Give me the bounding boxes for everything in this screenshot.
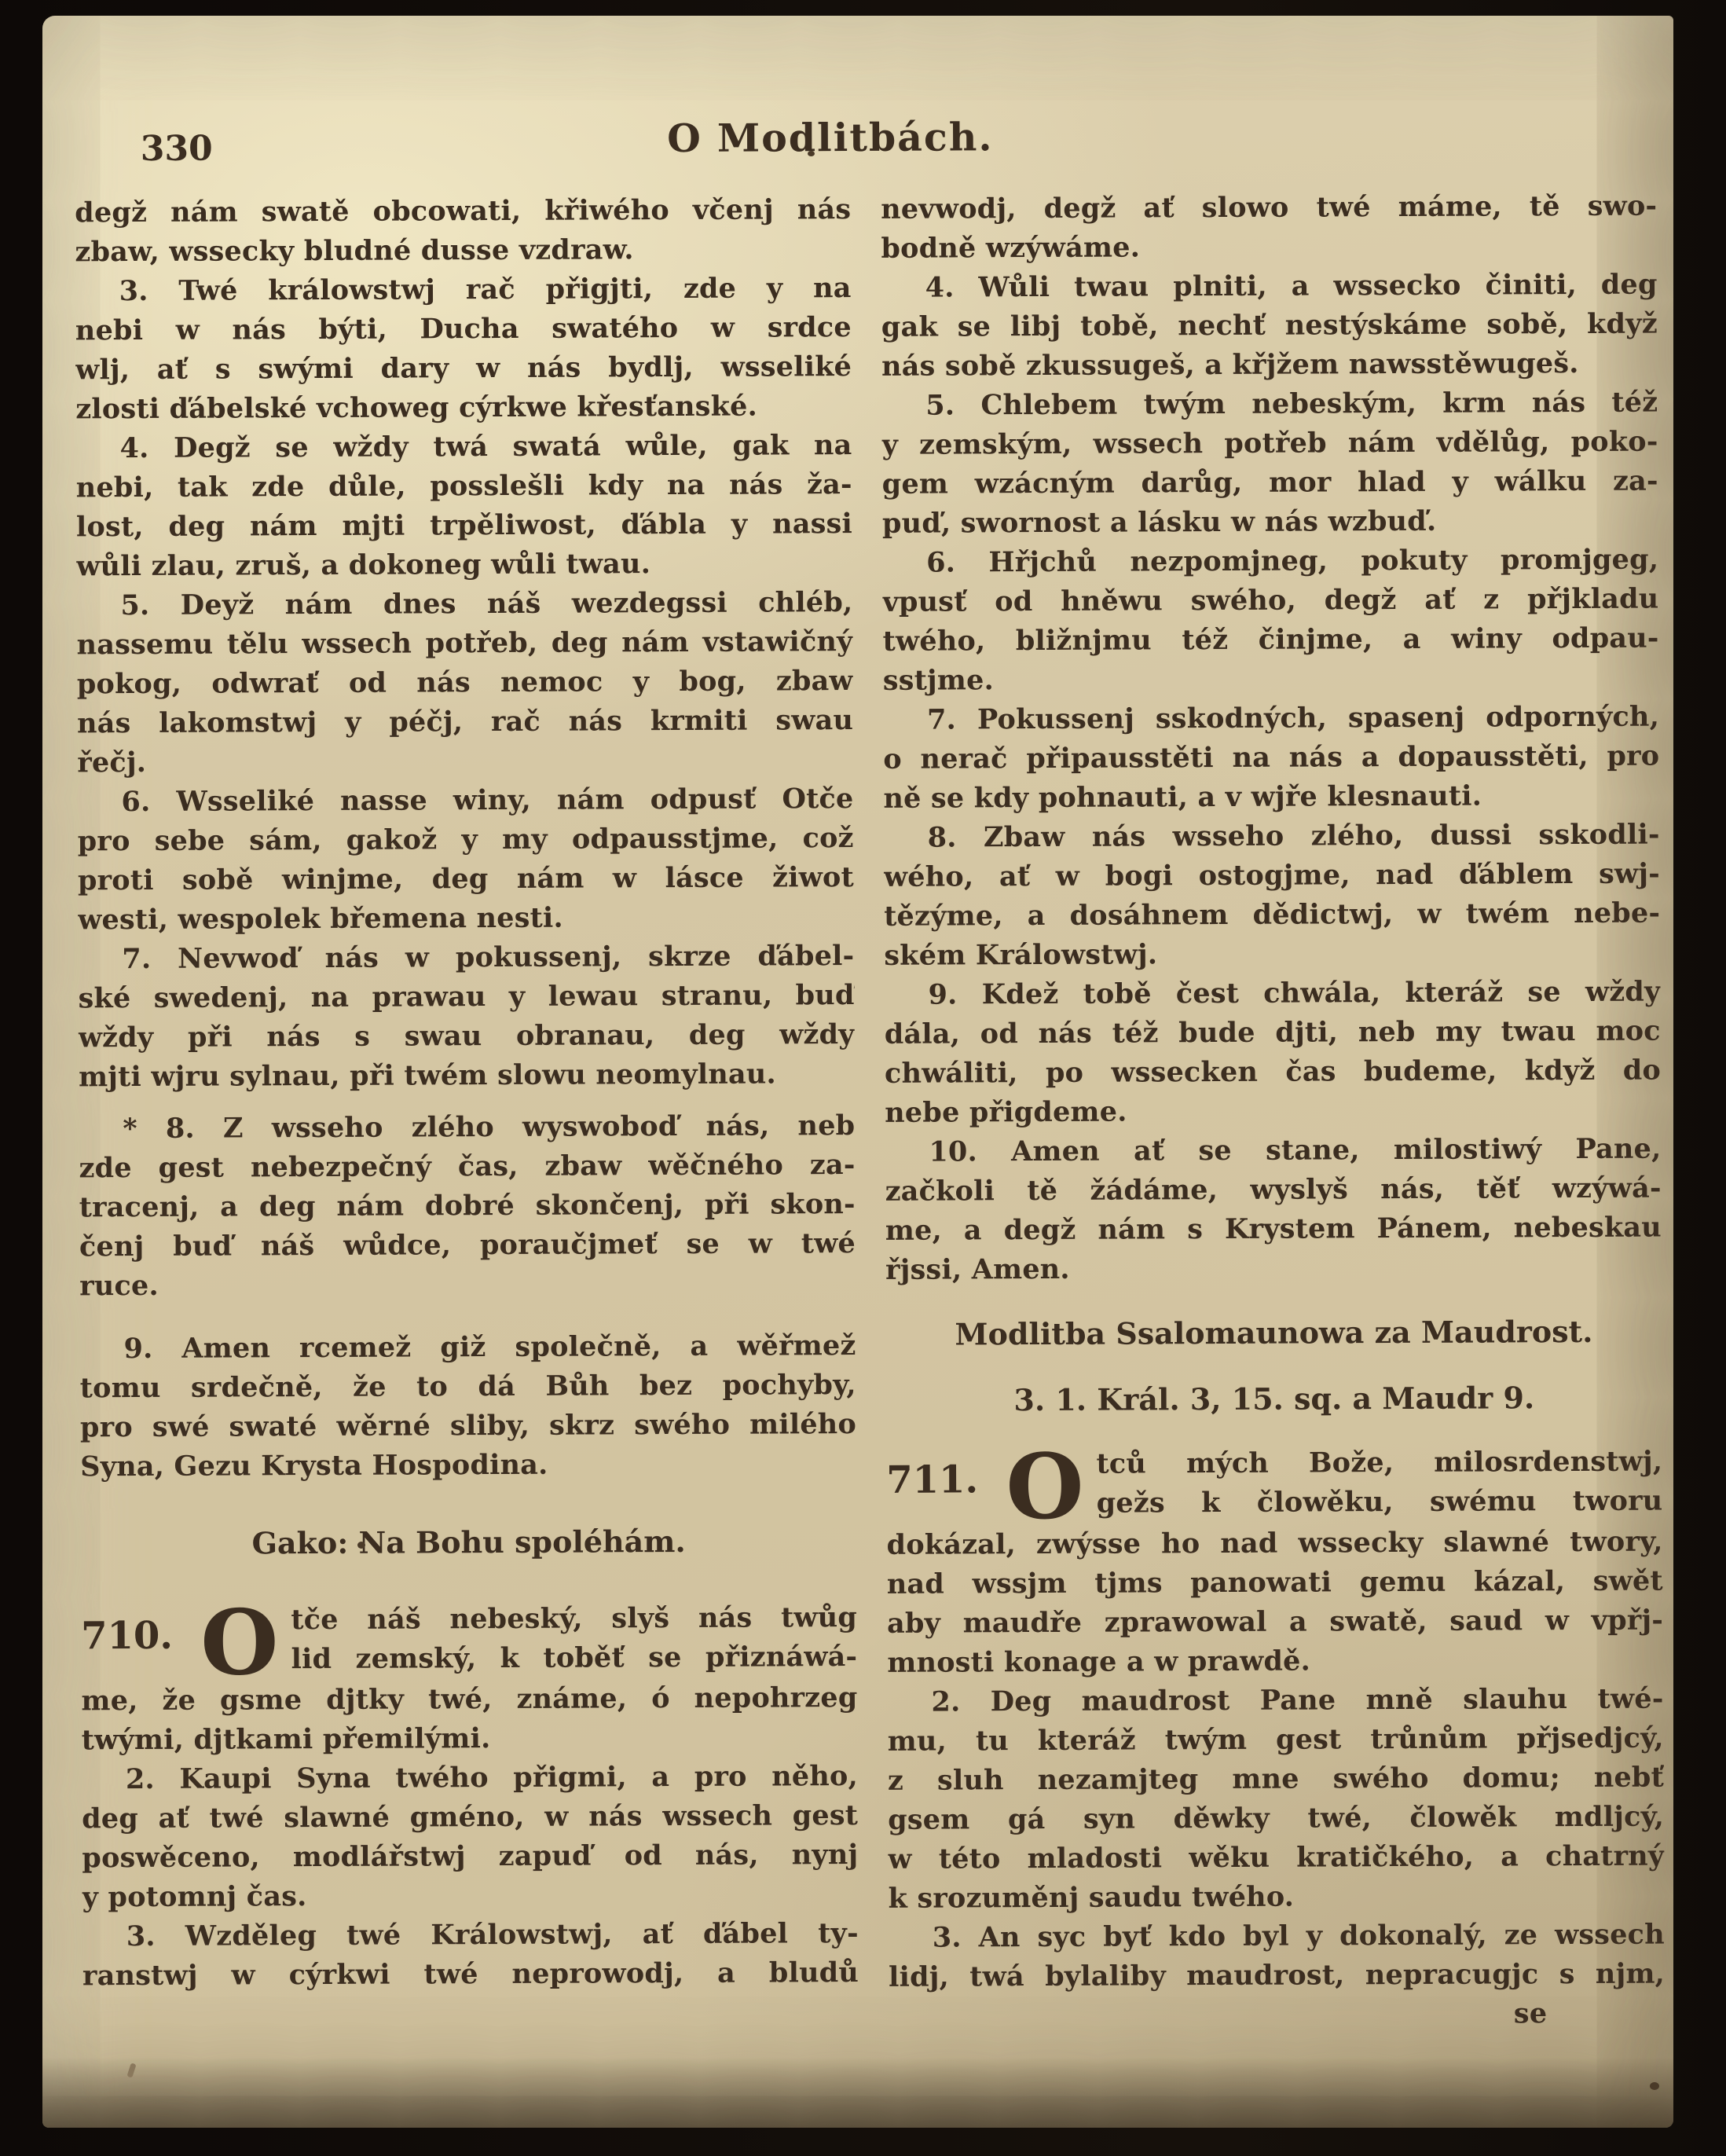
text-line: 9. Kdež tobě čest chwála, kteráž se wždy (884, 973, 1660, 1015)
catchword-block: se (889, 1994, 1665, 2037)
text-line: 10. Amen ať se stane, milostiwý Pane, (885, 1130, 1661, 1172)
text-line: 5. Chlebem twým nebeským, krm nás též (881, 383, 1658, 426)
text-line: gsem gá syn děwky twé, člowěk mdljcý, (888, 1798, 1664, 1840)
page-content: 330 O Modlitbách. degž nám swatě obcowat… (38, 12, 1678, 2131)
scanned-book-page: 330 O Modlitbách. degž nám swatě obcowat… (0, 0, 1726, 2156)
paragraph: 2. Kaupi Syna twého přigmi, a pro něho,d… (82, 1757, 859, 1917)
text-line: tězýme, a dosáhnem dědictwj, w twém nebe… (884, 894, 1660, 937)
catchword: se (889, 1994, 1665, 2037)
text-line: me, a degž nám s Krystem Pánem, nebeskau (885, 1208, 1662, 1251)
section-heading-block: Modlitba Ssalomaunowa za Maudrost. (885, 1311, 1662, 1356)
text-line: wlj, ať s swými dary w nás bydlj, wsseli… (75, 347, 852, 390)
text-line: 6. Wsseliké nasse winy, nám odpusť Otče (77, 779, 853, 822)
running-header: O Modlitbách. (38, 112, 1622, 164)
text-line: puď, swornost a lásku w nás wzbuď. (882, 501, 1658, 544)
text-line: y zemským, wssech potřeb nám vdělůg, pok… (881, 423, 1658, 465)
text-line: ské swedenj, na prawau y lewau stranu, b… (78, 976, 854, 1018)
drop-cap: O (199, 1600, 291, 1681)
section-heading: Modlitba Ssalomaunowa za Maudrost. (885, 1311, 1662, 1356)
text-line: 9. Amen rcemež giž společně, a wěřmež (79, 1326, 856, 1369)
scripture-reference: 3. 1. Král. 3, 15. sq. a Maudr 9. (886, 1377, 1662, 1422)
text-line: pro sebe sám, gakož y my odpausstjme, co… (78, 819, 854, 861)
text-line: ském Králowstwj. (884, 933, 1660, 976)
text-line: deg ať twé slawné gméno, w nás wssech ge… (82, 1796, 858, 1839)
text-line: o nerač připausstěti na nás a dopausstět… (883, 737, 1659, 779)
text-line: twými, djtkami přemilými. (82, 1718, 858, 1760)
text-line: pro swé swaté wěrné sliby, skrz swého mi… (80, 1405, 856, 1447)
text-line: w této mladosti wěku kratičkého, a chatr… (888, 1837, 1664, 1879)
paragraph: 2. Deg maudrost Pane mně slauhu twé-mu, … (887, 1680, 1664, 1919)
text-line: řjssi, Amen. (885, 1248, 1662, 1290)
text-line: zde gest nebezpečný čas, zbaw wěčného za… (79, 1146, 855, 1188)
paragraph: 6. Wsseliké nasse winy, nám odpusť Otčep… (77, 779, 854, 940)
text-line: 4. Wůli twau plniti, a wssecko činiti, d… (881, 266, 1658, 308)
text-line: lid zemský, k toběť se přiznáwá- (291, 1637, 857, 1679)
text-line: 5. Deyž nám dnes náš wezdegssi chléb, (76, 583, 852, 625)
text-line: 6. Hřjchů nezpomjneg, pokuty promjgeg, (882, 541, 1658, 583)
hymn-number: 711. (886, 1445, 1004, 1502)
ink-speck (1650, 2082, 1659, 2090)
text-line: proti sobě winjme, deg nám w lásce žiwot (78, 858, 854, 900)
text-line: 7. Nevwoď nás w pokussenj, skrze ďábel- (78, 937, 854, 979)
text-line: mu, tu kteráž twým gest trůnům přjsedjcý… (888, 1719, 1664, 1762)
text-line: Syna, Gezu Krysta Hospodina. (80, 1444, 856, 1487)
paragraph: 8. Zbaw nás wsseho zlého, dussi sskodli-… (884, 816, 1661, 976)
text-line: nás sobě zkussugeš, a křjžem nawsstěwuge… (881, 344, 1658, 387)
paragraph: 9. Amen rcemež giž společně, a wěřmežtom… (79, 1326, 856, 1487)
hymn-head: 710.Otče náš nebeský, slyš nás twůglid z… (81, 1598, 857, 1681)
text-line: lidj, twá bylaliby maudrost, nepracugjc … (889, 1955, 1665, 1997)
text-line: mjti wjru sylnau, při twém slowu neomyln… (79, 1054, 855, 1097)
text-line: chwáliti, po wssecken čas budeme, když d… (885, 1051, 1661, 1094)
text-line: gem wzácným darůg, mor hlad y wálku za- (882, 462, 1658, 504)
text-line: nebi, tak zde důle, posslešli kdy na nás… (76, 465, 852, 508)
text-line: mnosti konage a w prawdě. (887, 1641, 1663, 1683)
text-line: nassemu tělu wssech potřeb, deg nám vsta… (77, 622, 853, 665)
paragraph: 5. Chlebem twým nebeským, krm nás téžy z… (881, 383, 1658, 544)
text-line: vpusť od hněwu swého, degž ať z přjkladu (882, 580, 1658, 622)
hymn-head: 711.Otců mých Bože, milosrdenstwj,gežs k… (886, 1443, 1662, 1526)
text-line: wůli zlau, zruš, a dokoneg wůli twau. (76, 544, 852, 586)
text-line: 4. Degž se wždy twá swatá wůle, gak na (75, 426, 852, 468)
text-line: lost, deg nám mjti trpěliwost, ďábla y n… (76, 504, 852, 547)
paragraph: 5. Deyž nám dnes náš wezdegssi chléb,nas… (76, 583, 853, 783)
section-heading: Gako: Na Bohu spoléhám. (80, 1520, 856, 1565)
text-line: aby maudře zprawowal a swatě, saud w vpř… (887, 1601, 1663, 1644)
text-line: nebe přigdeme. (885, 1091, 1661, 1133)
text-line: 3. Twé králowstwj rač přigjti, zde y na (75, 269, 852, 311)
text-line: tče náš nebeský, slyš nás twůg (291, 1598, 857, 1640)
text-line: 3. Wzděleg twé Králowstwj, ať ďábel ty- (82, 1914, 859, 1956)
paragraph: 10. Amen ať se stane, milostiwý Pane,zač… (885, 1130, 1662, 1290)
text-line: y potomnj čas. (82, 1875, 858, 1917)
text-line: 3. An syc byť kdo byl y dokonalý, ze wss… (889, 1916, 1665, 1958)
text-line: tců mých Bože, milosrdenstwj, (1096, 1443, 1662, 1484)
ink-speck (357, 1542, 365, 1549)
paragraph: 7. Pokussenj sskodných, spasenj odpornýc… (883, 698, 1660, 819)
next-page-edge (1690, 0, 1724, 2156)
paragraph: 4. Degž se wždy twá swatá wůle, gak nane… (75, 426, 852, 586)
text-line: 7. Pokussenj sskodných, spasenj odpornýc… (883, 698, 1659, 740)
text-line: nevwodj, degž ať slowo twé máme, tě swo- (881, 187, 1657, 229)
text-line: 8. Zbaw nás wsseho zlého, dussi sskodli- (884, 816, 1660, 858)
right-column: nevwodj, degž ať slowo twé máme, tě swo-… (881, 187, 1665, 2037)
scripture-reference-block: 3. 1. Král. 3, 15. sq. a Maudr 9. (886, 1377, 1662, 1422)
text-line: 2. Kaupi Syna twého přigmi, a pro něho, (82, 1757, 858, 1799)
text-line: pokog, odwrať od nás nemoc y bog, zbaw (77, 662, 853, 704)
paragraph: degž nám swatě obcowati, křiwého včenj n… (75, 190, 851, 272)
hymn-block: 710.Otče náš nebeský, slyš nás twůglid z… (81, 1598, 858, 1760)
text-line: wého, ať w bogi ostogjme, nad ďáblem swj… (884, 855, 1660, 897)
text-line: ruce. (79, 1263, 856, 1306)
hymn-number: 710. (81, 1601, 199, 1659)
left-column: degž nám swatě obcowati, křiwého včenj n… (75, 190, 859, 1996)
text-line: gak se libj tobě, nechť nestýskáme sobě,… (881, 305, 1658, 347)
paragraph: 3. Twé králowstwj rač přigjti, zde y nan… (75, 269, 852, 429)
text-line: z sluh nezamjteg mne swého domu; nebť (888, 1758, 1664, 1801)
hymn-first-lines: tců mých Bože, milosrdenstwj,gežs k člow… (1096, 1443, 1662, 1523)
text-line: k srozuměnj saudu twého. (888, 1876, 1664, 1919)
text-line: bodně wzýwáme. (881, 226, 1657, 269)
text-line: řečj. (77, 740, 853, 783)
paragraph: 3. An syc byť kdo byl y dokonalý, ze wss… (889, 1916, 1665, 1997)
text-line: zbaw, wssecky bludné dusse vzdraw. (75, 229, 851, 272)
text-line: me, že gsme djtky twé, známe, ó nepohrze… (81, 1678, 857, 1721)
text-line: 2. Deg maudrost Pane mně slauhu twé- (887, 1680, 1663, 1722)
text-line: westi, wespolek břemena nesti. (78, 897, 854, 940)
text-line: ranstwj w cýrkwi twé neprowodj, a bludů (82, 1953, 859, 1996)
paragraph: 9. Kdež tobě čest chwála, kteráž se wždy… (884, 973, 1661, 1133)
text-line: čenj buď náš wůdce, poraučjmeť se w twé (79, 1224, 856, 1267)
text-line: zlosti ďábelské vchoweg cýrkwe křesťansk… (75, 387, 852, 429)
text-line: dokázal, zwýsse ho nad wssecky slawné tw… (887, 1523, 1663, 1565)
text-line: * 8. Z wsseho zlého wyswoboď nás, neb (79, 1106, 855, 1149)
text-line: nad wssjm tjms panowati gemu kázal, swět (887, 1562, 1663, 1604)
text-line: poswěceno, modlářstwj zapuď od nás, nynj (82, 1835, 858, 1878)
paragraph: 4. Wůli twau plniti, a wssecko činiti, d… (881, 266, 1658, 387)
text-line: wždy při nás s swau obranau, deg wždy (79, 1015, 855, 1058)
text-line: twého, bližnjmu též činjme, a winy odpau… (883, 619, 1659, 662)
text-line: tracenj, a deg nám dobré skončenj, při s… (79, 1185, 856, 1227)
hymn-first-lines: tče náš nebeský, slyš nás twůglid zemský… (291, 1598, 857, 1679)
paragraph: 6. Hřjchů nezpomjneg, pokuty promjgeg,vp… (882, 541, 1659, 701)
drop-cap: O (1004, 1445, 1097, 1526)
paragraph: 7. Nevwoď nás w pokussenj, skrze ďábel-s… (78, 937, 855, 1097)
text-line: nás lakomstwj y péčj, rač nás krmiti swa… (77, 701, 853, 743)
section-heading-block: Gako: Na Bohu spoléhám. (80, 1520, 856, 1565)
text-line: tomu srdečně, že to dá Bůh bez pochyby, (80, 1366, 856, 1408)
text-line: gežs k člowěku, swému tworu (1097, 1482, 1663, 1523)
text-line: dála, od nás též bude djti, neb my twau … (885, 1012, 1661, 1054)
paragraph: nevwodj, degž ať slowo twé máme, tě swo-… (881, 187, 1657, 269)
text-line: ně se kdy pohnauti, a v wjře klesnauti. (883, 776, 1659, 819)
text-line: začkoli tě žádáme, wyslyš nás, těť wzýwá… (885, 1169, 1662, 1212)
text-line: sstjme. (883, 658, 1659, 701)
hymn-block: 711.Otců mých Bože, milosrdenstwj,gežs k… (886, 1443, 1663, 1683)
ink-speck (808, 151, 815, 156)
text-line: nebi w nás býti, Ducha swatého w srdce (75, 308, 852, 350)
text-line: degž nám swatě obcowati, křiwého včenj n… (75, 190, 851, 233)
paragraph: 3. Wzděleg twé Králowstwj, ať ďábel ty-r… (82, 1914, 859, 1996)
paragraph: * 8. Z wsseho zlého wyswoboď nás, nebzde… (79, 1106, 856, 1306)
